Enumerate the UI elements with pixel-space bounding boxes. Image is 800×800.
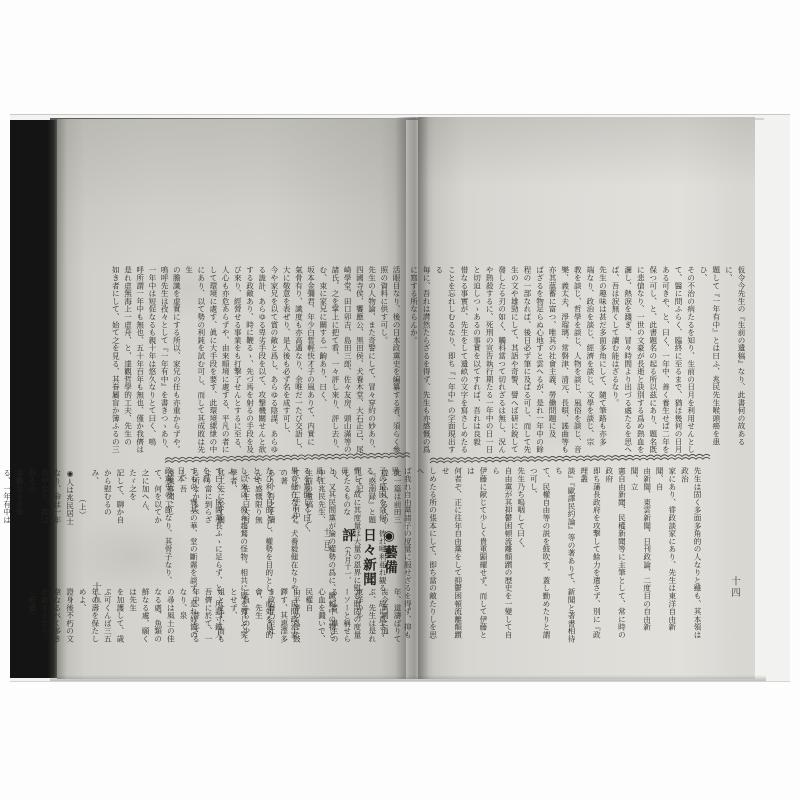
text-column: 教を談じ、哲學を談じ、人物を談じ、風俗を談じ、音 — [571, 266, 584, 454]
text-column: 是れ虚無海上一虚舟、と、達觀哲學的工夫、先生の — [121, 266, 133, 454]
text-column: 生の文や雄勁にして、其語や奇警、譬へば研に銳して — [508, 266, 521, 454]
text-column: ことを忘れしむるなり、即ち『一年中』の字面現出する — [432, 266, 457, 454]
right-page: 仮令今先生の『生前の遺稿』なり、此書何の故あるに、題して『一年有中』とは曰ふ、兆… — [418, 117, 755, 679]
text-column: 端なり、政治を談じ、經濟を談じ、文學を談じ、宗 — [583, 266, 596, 454]
text-column: 記して、聊か自から慰むるのみ、 — [88, 469, 126, 528]
text-column: び來り、經營せる事業をも打撃了せんとするに至る、 — [231, 266, 243, 454]
left-page-top-band: 活眼目なり、後の日本政黨史を編纂する者、須らく參照の資料に供す可し。先生の人物論… — [109, 266, 402, 454]
text-column: 諸氏、之を掌上に把て看、一々評し來り、評し去り、 — [329, 266, 341, 454]
text-column: と切迫しつゝあるの事實を以てすれば、吾れは良毅 — [470, 266, 483, 454]
text-column: 伊藤に献じて少しく貴重顕耀せず、而して伊藤とは — [464, 467, 489, 645]
text-column: 坂本金彌君、年少白皙輕快才子の風ありて、内實に — [304, 266, 316, 454]
text-column: すもの、寰基の華、堂の斷霧を談ず、是れ好箇の日本 — [174, 467, 199, 645]
text-column: 由新聞、東雲新聞、日刊政論、二度目の自由新聞、立 — [627, 467, 652, 645]
text-column: 嗚呼先生は孜々として『一年有中』を書きつゝあり、 — [158, 266, 170, 454]
text-column: 先生は固く多面多角的の人なりと雖も、其本領は政治 — [678, 467, 703, 645]
text-column: その不治の病たるを知り、生前の日月を利用せんとし — [684, 266, 697, 454]
text-column: 惜なる事實が、先生をして遺畝の文字を寫さしめたる — [457, 266, 470, 454]
text-column: 政黨史の一節なり、其骨子なり、 — [161, 467, 174, 645]
text-column: 先生の人物論、また奇警にして、冒々穿約の妙あり、 — [365, 266, 377, 454]
page-gutter — [395, 117, 429, 679]
text-column: 保つ可し、と、此書題名の起る所以茲にあり、題名既 — [646, 266, 659, 454]
text-column: 證身後不朽の文章なるべく多きを欲するなり。（桂嶽） — [25, 588, 75, 647]
text-column: 一年中は短促なるも親十年は悠久なりとて曰く、嗚 — [146, 266, 158, 454]
text-column: 呼所謂一年中も無也、五十年百年も無也、僅か我儕は — [134, 266, 146, 454]
text-column: 仮令今先生の『生前の遺稿』なり、此書何の故あるに、 — [722, 266, 747, 454]
text-column: 先生の趣味は甚だ多面多角にして、隨て筆路も亦多 — [596, 266, 609, 454]
text-column: 憫し、故に其度量は大量の恩界に慰む財固の度量毋、 — [338, 467, 363, 645]
text-column: 子の最困を奈何、彼れ唖利亜れ観る、故に爲さゞる — [363, 467, 388, 645]
text-column: 自由黨が其抑鬱困頓流離顛躓の歴史を一變して自ら — [489, 467, 514, 645]
text-column: 亦其薀蓄に富つ、唯其の社會主義、勞働問題に及 — [546, 266, 559, 454]
text-column: て曰く、民間黨長ふゝに足らず、と、所謂寸鐵人を殺 — [199, 467, 224, 645]
text-column: や熱殺するに、死刑の宣告執行期たる一年中の日一日 — [483, 266, 496, 454]
text-column: る詭計、あらゆる卑劣手段を以て、攻撃機關せんと欲 — [256, 266, 268, 454]
text-column: 畢竟健在なりや、犬養毅健在なりや、民間政治家一 — [275, 467, 300, 645]
text-column: 即ち藩長政府を攻撃して餘力を遺さず、別に『政理叢 — [577, 467, 602, 645]
text-column: する政敵あり、時に鞭るゝ、先づ馬を射るの手段を及 — [243, 266, 255, 454]
text-column: 題して『一年有中』とは曰ふ、兆民先生喉頭癌を患ひ、 — [697, 266, 722, 454]
right-page-top-band: 仮令今先生の『生前の遺稿』なり、此書何の故あるに、題して『一年有中』とは曰ふ、兆… — [407, 266, 747, 454]
text-column: 四國寺侯、饗應公、黒田侯、犬養木堂、大石正己、尾 — [353, 266, 365, 454]
text-column: 今や家兄を以て賞の敵と爲し、あらゆる陰謀、あらゆ — [268, 266, 280, 454]
text-column: 何者ぞ、正に往年自由黨をして抑鬱困頓流離顛躓せ — [439, 467, 464, 645]
text-column: 家にあり、甞政談家にあり、先生は東洋自由新聞、自 — [653, 467, 678, 645]
page-number-left: 十五 — [88, 582, 102, 605]
text-column: 先生乃ち嗚咽して曰く、 — [514, 467, 527, 645]
text-column: む、束に家兄に關する一齣あり、曰く、 — [317, 266, 329, 454]
text-column: 人心も亦危あらずや、由來順境に處する、平凡の者に — [219, 266, 231, 454]
text-column: ある可きや、と、曰く、一年中、善く養生せば二年を — [659, 266, 672, 454]
text-column: 程の一部なれば、後日必ず筆に及ばる可し、而して先 — [520, 266, 533, 454]
text-column: 發したる刃の如く、觸科當つて切れざるは無し、況ん — [495, 266, 508, 454]
scanned-book-photo: 活眼目なり、後の日本政黨史を編纂する者、須らく參照の資料に供す可し。先生の人物論… — [10, 114, 790, 682]
text-column: ば、吾は涙無くして讀む能はざるなり。 — [608, 266, 621, 454]
text-column: （上） — [76, 469, 89, 528]
text-column: と、又其民間黨が倫の權勢の爲に、蹶頼中の物と爲れ — [313, 467, 338, 645]
page-edge-stack — [755, 117, 790, 679]
book-bottom-shadow — [50, 675, 766, 681]
text-column: 如き者にして、始て之を見る、其眷屬盲か簿ふるの三 — [109, 266, 121, 454]
text-column: して環境に處す、眞に大手段を要す、此環境縲紲の中 — [207, 266, 219, 454]
text-column: るを罵倒しく曰く、 — [300, 467, 313, 645]
band-separator-line-right — [430, 454, 706, 466]
text-column: たび利を目的とし、權勢を目的とし、成効を目的とせ — [250, 467, 275, 645]
band-separator-line-left — [165, 452, 410, 465]
text-column: 多數なるを知る、一年有中は吾その短期なるを知る、 — [0, 469, 25, 528]
text-column: 崎學堂、田口卯吉、島田三郎、佐々友房、頭山滿等の — [341, 266, 353, 454]
text-column: 灑し、熱涙を濺ぎ、冒々時間より出づる處たるを思へ — [621, 266, 634, 454]
text-column: 樂、義太夫、淨瑠璃、常磐津、清元、長唄、謠曲等も — [558, 266, 571, 454]
page-number-right: 十四 — [727, 576, 741, 599]
text-column: 憲自由新聞、民權新聞等に主筆として、常に時の政府 — [602, 467, 627, 645]
text-column: の膽識を虚實にする所以、家兄の任も亦重からずや。 — [170, 266, 182, 454]
right-page-bottom-band: 先生は固く多面多角的の人なりと雖も、其本領は政治家にあり、甞政談家にあり、先生は… — [161, 467, 703, 645]
text-column: 照の資料に供す可し。 — [378, 266, 390, 454]
text-column: にあり、以て勢の利鈍を試む可し、而して其成敗は先生 — [182, 266, 206, 454]
text-column: ◉人は兆民居士なり、命は一年有中なり、兆は吾その — [25, 469, 75, 528]
text-column: ばざるを物足らぬ心地すと雲へるが、是れ一年中の餘 — [533, 266, 546, 454]
text-column: て、醫に問ふらく、臨終に至るまで、猶ほ幾何の日月 — [671, 266, 684, 454]
text-column: て、民權自由等の説を鼓吹す、蓋し勤めたりと謂つ可し、 — [527, 467, 552, 645]
text-column: 大に敬意を表ぜり、是人後も必ず名を成す可し、 — [280, 266, 292, 454]
text-column: 氣骨有り、識度も亦高邁なり、余唯だ一たび交語し、 — [292, 266, 304, 454]
text-column: し以來は、彼れ趨鶩の怪物、相共に疑を彈じて笑ふ — [224, 467, 249, 645]
text-column: に悲愴なり、一世の文豪が長逝と訣別する爲め熱血を — [634, 266, 647, 454]
text-column: 談』『歐譯民約論』等の著ありて、新聞と著書相待ち — [552, 467, 577, 645]
